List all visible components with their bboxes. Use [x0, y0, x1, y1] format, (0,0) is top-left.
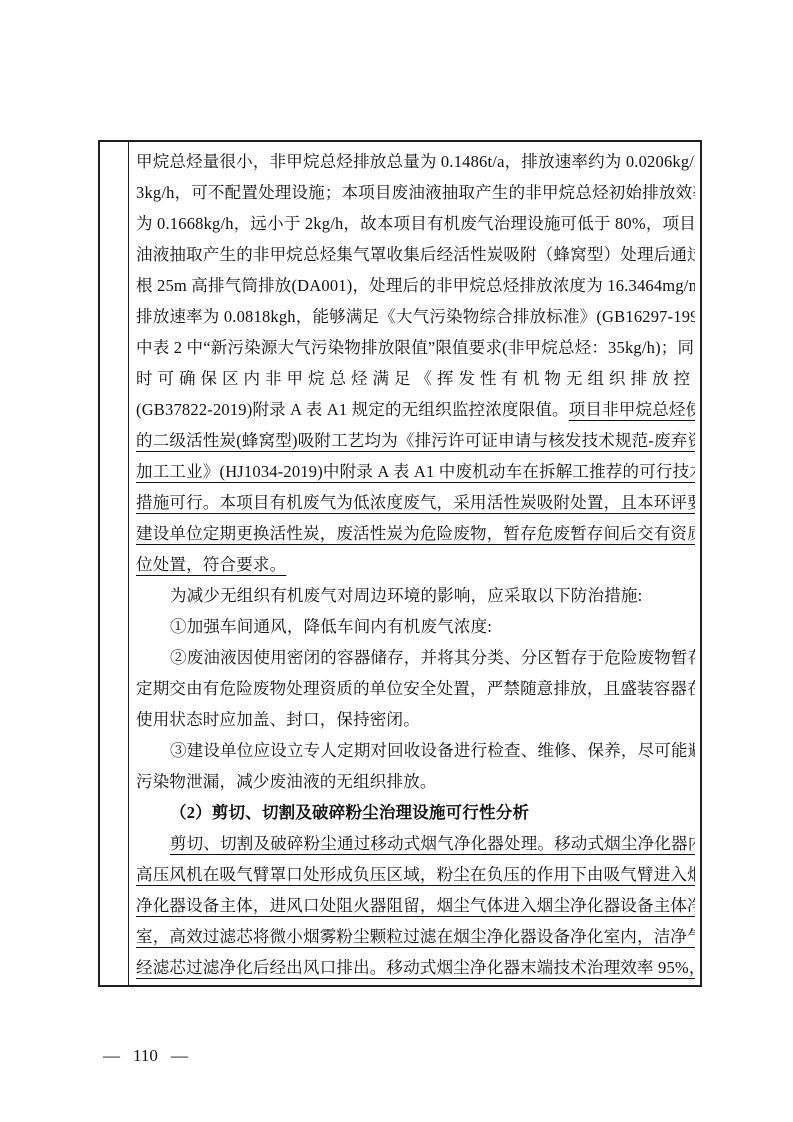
text-segment: 为减少无组织有机废气对周边环境的影响，应采取以下防治措施:	[170, 586, 642, 605]
text-segment: 剪切、切割及破碎粉尘通过移动式烟气净化器处理。移动式烟尘净化器内部	[170, 834, 695, 853]
document-table: 甲烷总烃量很小，非甲烷总烃排放总量为 0.1486t/a，排放速率约为 0.02…	[98, 140, 702, 987]
text-line: (GB37822-2019)附录 A 表 A1 规定的无组织监控浓度限值。项目非…	[136, 394, 695, 425]
text-segment: 3kg/h，可不配置处理设施；本项目废油液抽取产生的非甲烷总烃初始排放效率	[136, 183, 695, 202]
text-segment: ②废油液因使用密闭的容器储存，并将其分类、分区暂存于危险废物暂存间，	[170, 648, 695, 667]
text-segment: 的二级活性炭(蜂窝型)吸附工艺均为《排污许可证申请与核发技术规范-废弃资源	[136, 431, 695, 450]
content-column: 甲烷总烃量很小，非甲烷总烃排放总量为 0.1486t/a，排放速率约为 0.02…	[129, 142, 700, 985]
text-line: 经滤芯过滤净化后经出风口排出。移动式烟尘净化器末端技术治理效率 95%，排	[136, 952, 695, 983]
text-line: 甲烷总烃量很小，非甲烷总烃排放总量为 0.1486t/a，排放速率约为 0.02…	[136, 146, 695, 177]
text-line: （2）剪切、切割及破碎粉尘治理设施可行性分析	[136, 797, 695, 828]
text-segment: ①加强车间通风，降低车间内有机废气浓度:	[170, 617, 492, 636]
text-segment: 为 0.1668kg/h，远小于 2kg/h，故本项目有机废气治理设施可低于 8…	[136, 214, 695, 233]
text-line: 的二级活性炭(蜂窝型)吸附工艺均为《排污许可证申请与核发技术规范-废弃资源	[136, 425, 695, 456]
text-line: 中表 2 中“新污染源大气污染物排放限值”限值要求(非甲烷总烃：35kg/h)；…	[136, 332, 695, 363]
text-segment: 根 25m 高排气筒排放(DA001)，处理后的非甲烷总烃排放浓度为 16.34…	[136, 276, 695, 295]
text-line: 措施可行。本项目有机废气为低浓度废气，采用活性炭吸附处置，且本环评要求	[136, 487, 695, 518]
text-line: 净化器设备主体，进风口处阻火器阻留，烟尘气体进入烟尘净化器设备主体净化	[136, 890, 695, 921]
footer-dash-left: —	[103, 1046, 120, 1066]
text-line: 定期交由有危险废物处理资质的单位安全处置，严禁随意排放，且盛装容器在非	[136, 673, 695, 704]
text-line: 室，高效过滤芯将微小烟雾粉尘颗粒过滤在烟尘净化器设备净化室内，洁净气体	[136, 921, 695, 952]
page-footer: — 110 —	[103, 1046, 188, 1066]
text-segment: 室，高效过滤芯将微小烟雾粉尘颗粒过滤在烟尘净化器设备净化室内，洁净气体	[136, 927, 695, 946]
text-line: 3kg/h，可不配置处理设施；本项目废油液抽取产生的非甲烷总烃初始排放效率	[136, 177, 695, 208]
text-segment: 加工工业》(HJ1034-2019)中附录 A 表 A1 中废机动车在拆解工推荐…	[136, 462, 695, 481]
text-segment: 甲烷总烃量很小，非甲烷总烃排放总量为 0.1486t/a，排放速率约为 0.02…	[136, 152, 695, 171]
text-line: 时可确保区内非甲烷总烃满足《挥发性有机物无组织排放控制标准》	[136, 363, 695, 394]
text-line: 使用状态时应加盖、封口，保持密闭。	[136, 704, 695, 735]
text-segment: 经滤芯过滤净化后经出风口排出。移动式烟尘净化器末端技术治理效率 95%，排	[136, 958, 695, 977]
document-page: 甲烷总烃量很小，非甲烷总烃排放总量为 0.1486t/a，排放速率约为 0.02…	[0, 0, 793, 1122]
text-line: ①加强车间通风，降低车间内有机废气浓度:	[136, 611, 695, 642]
text-segment: 建设单位定期更换活性炭，废活性炭为危险废物，暂存危废暂存间后交有资质单	[136, 524, 695, 543]
text-segment: 净化器设备主体，进风口处阻火器阻留，烟尘气体进入烟尘净化器设备主体净化	[136, 896, 695, 915]
text-line: 污染物泄漏，减少废油液的无组织排放。	[136, 766, 695, 797]
text-segment: 排放速率为 0.0818kgh，能够满足《大气污染物综合排放标准》(GB1629…	[136, 307, 695, 326]
text-segment: 污染物泄漏，减少废油液的无组织排放。	[136, 772, 437, 791]
text-line: 高压风机在吸气臂罩口处形成负压区域，粉尘在负压的作用下由吸气臂进入烟尘	[136, 859, 695, 890]
text-segment: 中表 2 中“新污染源大气污染物排放限值”限值要求(非甲烷总烃：35kg/h)；…	[136, 338, 694, 357]
text-segment: （2）剪切、切割及破碎粉尘治理设施可行性分析	[170, 803, 529, 822]
footer-dash-right: —	[171, 1046, 188, 1066]
table-side-column	[100, 142, 129, 985]
text-line: 为减少无组织有机废气对周边环境的影响，应采取以下防治措施:	[136, 580, 695, 611]
text-line: 排放速率为 0.0818kgh，能够满足《大气污染物综合排放标准》(GB1629…	[136, 301, 695, 332]
text-segment: 项目非甲烷总烃使用	[569, 400, 695, 419]
text-segment: 高压风机在吸气臂罩口处形成负压区域，粉尘在负压的作用下由吸气臂进入烟尘	[136, 865, 695, 884]
text-line: 建设单位定期更换活性炭，废活性炭为危险废物，暂存危废暂存间后交有资质单	[136, 518, 695, 549]
text-line: 根 25m 高排气筒排放(DA001)，处理后的非甲烷总烃排放浓度为 16.34…	[136, 270, 695, 301]
text-segment: 位处置，符合要求。	[136, 555, 286, 574]
text-segment: 措施可行。本项目有机废气为低浓度废气，采用活性炭吸附处置，且本环评要求	[136, 493, 695, 512]
page-number: 110	[133, 1046, 158, 1066]
text-segment: 时可确保区内非甲烷总烃满足《挥发性有机物无组织排放控制标准》	[136, 369, 695, 388]
text-line: 加工工业》(HJ1034-2019)中附录 A 表 A1 中废机动车在拆解工推荐…	[136, 456, 695, 487]
text-segment: 油液抽取产生的非甲烷总烃集气罩收集后经活性炭吸附（蜂窝型）处理后通过一	[136, 245, 695, 264]
text-line: 剪切、切割及破碎粉尘通过移动式烟气净化器处理。移动式烟尘净化器内部	[136, 828, 695, 859]
text-segment: 使用状态时应加盖、封口，保持密闭。	[136, 710, 420, 729]
text-line: 位处置，符合要求。	[136, 549, 695, 580]
text-line: 为 0.1668kg/h，远小于 2kg/h，故本项目有机废气治理设施可低于 8…	[136, 208, 695, 239]
text-segment: ③建设单位应设立专人定期对回收设备进行检查、维修、保养，尽可能避免	[170, 741, 695, 760]
text-segment: 定期交由有危险废物处理资质的单位安全处置，严禁随意排放，且盛装容器在非	[136, 679, 695, 698]
text-line: 油液抽取产生的非甲烷总烃集气罩收集后经活性炭吸附（蜂窝型）处理后通过一	[136, 239, 695, 270]
text-line: ②废油液因使用密闭的容器储存，并将其分类、分区暂存于危险废物暂存间，	[136, 642, 695, 673]
text-line: ③建设单位应设立专人定期对回收设备进行检查、维修、保养，尽可能避免	[136, 735, 695, 766]
text-segment: (GB37822-2019)附录 A 表 A1 规定的无组织监控浓度限值。	[136, 400, 569, 419]
